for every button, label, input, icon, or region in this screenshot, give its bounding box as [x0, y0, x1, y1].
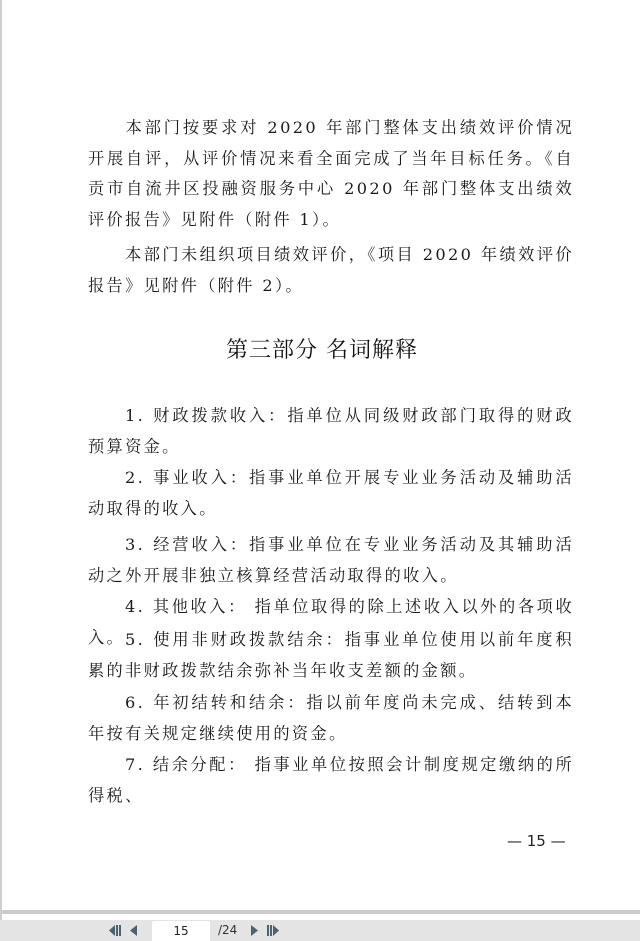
current-page-input[interactable]: [152, 921, 210, 941]
page-navigation-toolbar: /24: [0, 920, 640, 941]
definition-1: 1. 财政拨款收入：指单位从同级财政部门取得的财政预算资金。: [88, 401, 574, 462]
previous-page-button[interactable]: [126, 923, 142, 938]
first-page-button[interactable]: [107, 923, 123, 938]
last-page-button[interactable]: [265, 923, 281, 938]
last-page-icon: [265, 923, 281, 938]
definition-text: 2. 事业收入：指事业单位开展专业业务活动及辅助活动取得的收入。: [88, 468, 574, 518]
paragraph-self-evaluation: 本部门按要求对 2020 年部门整体支出绩效评价情况开展自评，从评价情况来看全面…: [88, 113, 574, 235]
paragraph-text: 本部门未组织项目绩效评价，《项目 2020 年绩效评价报告》见附件（附件 2）。: [88, 245, 574, 295]
definition-5: 5. 使用非财政拨款结余：指事业单位使用以前年度积累的非财政拨款结余弥补当年收支…: [88, 625, 574, 686]
definition-3: 3. 经营收入：指事业单位在专业业务活动及其辅助活动之外开展非独立核算经营活动取…: [88, 530, 574, 591]
next-page-button[interactable]: [247, 923, 263, 938]
definition-7: 7. 结余分配： 指事业单位按照会计制度规定缴纳的所得税、: [88, 750, 574, 811]
first-page-icon: [107, 923, 123, 938]
next-page-icon: [247, 923, 263, 938]
total-pages-label: /24: [218, 923, 237, 937]
previous-page-icon: [126, 923, 142, 938]
document-page: 本部门按要求对 2020 年部门整体支出绩效评价情况开展自评，从评价情况来看全面…: [0, 0, 640, 910]
definition-6: 6. 年初结转和结余：指以前年度尚未完成、结转到本年按有关规定继续使用的资金。: [88, 688, 574, 749]
page-number-footer: — 15 —: [507, 832, 566, 850]
paragraph-project-evaluation: 本部门未组织项目绩效评价，《项目 2020 年绩效评价报告》见附件（附件 2）。: [88, 240, 574, 301]
definition-text: 1. 财政拨款收入：指单位从同级财政部门取得的财政预算资金。: [88, 406, 574, 456]
definition-text: 6. 年初结转和结余：指以前年度尚未完成、结转到本年按有关规定继续使用的资金。: [88, 693, 574, 743]
section-heading: 第三部分 名词解释: [2, 333, 640, 364]
definition-2: 2. 事业收入：指事业单位开展专业业务活动及辅助活动取得的收入。: [88, 463, 574, 524]
definition-text: 7. 结余分配： 指事业单位按照会计制度规定缴纳的所得税、: [88, 755, 574, 805]
definition-text: 3. 经营收入：指事业单位在专业业务活动及其辅助活动之外开展非独立核算经营活动取…: [88, 535, 574, 585]
paragraph-text: 本部门按要求对 2020 年部门整体支出绩效评价情况开展自评，从评价情况来看全面…: [88, 118, 574, 229]
definition-text: 5. 使用非财政拨款结余：指事业单位使用以前年度积累的非财政拨款结余弥补当年收支…: [88, 630, 574, 680]
